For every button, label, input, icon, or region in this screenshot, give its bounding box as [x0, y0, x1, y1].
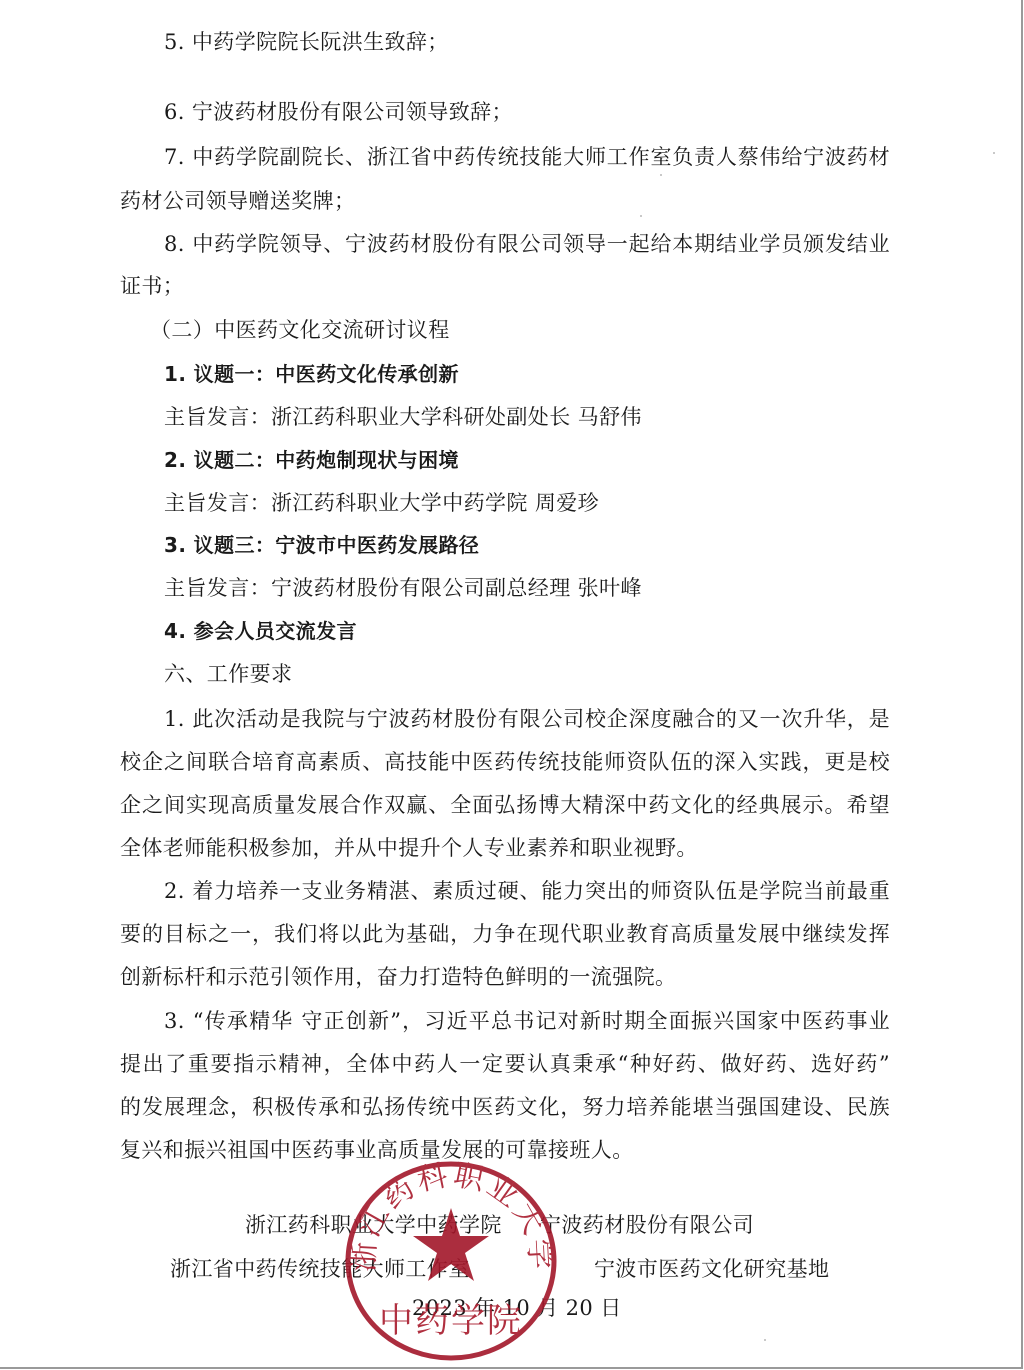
signature-date: 2023 年 10 月 20 日	[412, 1296, 622, 1320]
seminar-topic-1-title: 1. 议题一：中医药文化传承创新	[164, 362, 934, 386]
signature-org-1: 浙江药科职业大学中药学院	[245, 1213, 502, 1237]
seminar-topic-3-title: 3. 议题三：宁波市中医药发展路径	[164, 533, 934, 557]
requirement-2-line1: 2. 着力培养一支业务精湛、素质过硬、能力突出的师资队伍是学院当前最重	[164, 879, 890, 903]
requirement-1-line3: 企之间实现高质量发展合作双赢、全面弘扬博大精深中药文化的经典展示。希望	[120, 793, 890, 817]
ceremony-item-8-line2: 证书；	[120, 274, 890, 298]
requirement-1-line1: 1. 此次活动是我院与宁波药材股份有限公司校企深度融合的又一次升华，是	[164, 707, 890, 731]
requirement-1-line4: 全体老师能积极参加，并从中提升个人专业素养和职业视野。	[120, 836, 890, 860]
ceremony-item-8-line1: 8. 中药学院领导、宁波药材股份有限公司领导一起给本期结业学员颁发结业	[164, 232, 890, 256]
seminar-topic-1-speaker: 主旨发言：浙江药科职业大学科研处副处长 马舒伟	[164, 405, 934, 429]
requirement-3-line4: 复兴和振兴祖国中医药事业高质量发展的可靠接班人。	[120, 1138, 890, 1162]
requirement-1-line2: 校企之间联合培育高素质、高技能中医药传统技能师资队伍的深入实践，更是校	[120, 750, 890, 774]
signature-org-4: 宁波市医药文化研究基地	[594, 1257, 829, 1281]
ceremony-item-7-line2: 药材公司领导赠送奖牌；	[120, 189, 890, 213]
seminar-heading: （二）中医药文化交流研讨议程	[150, 318, 920, 342]
document-page: 5. 中药学院院长阮洪生致辞； 6. 宁波药材股份有限公司领导致辞； 7. 中药…	[0, 0, 1023, 1369]
ceremony-item-7-line1: 7. 中药学院副院长、浙江省中药传统技能大师工作室负责人蔡伟给宁波药材	[164, 145, 890, 169]
requirement-3-line2: 提出了重要指示精神，全体中药人一定要认真秉承“种好药、做好药、选好药”	[120, 1052, 890, 1076]
scan-speck	[993, 152, 995, 154]
requirement-3-line1: 3. “传承精华 守正创新”，习近平总书记对新时期全面振兴国家中医药事业	[164, 1009, 890, 1033]
requirement-3-line3: 的发展理念，积极传承和弘扬传统中医药文化，努力培养能堪当强国建设、民族	[120, 1095, 890, 1119]
ceremony-item-5: 5. 中药学院院长阮洪生致辞；	[164, 30, 934, 54]
seminar-topic-2-speaker: 主旨发言：浙江药科职业大学中药学院 周爱珍	[164, 491, 934, 515]
scan-speck	[764, 1339, 766, 1341]
signature-org-2: 宁波药材股份有限公司	[540, 1213, 754, 1237]
seminar-item-4: 4. 参会人员交流发言	[164, 619, 934, 643]
ceremony-item-6: 6. 宁波药材股份有限公司领导致辞；	[164, 100, 934, 124]
seminar-topic-2-title: 2. 议题二：中药炮制现状与困境	[164, 448, 934, 472]
scan-speck	[640, 215, 642, 217]
signature-org-3: 浙江省中药传统技能大师工作室	[170, 1257, 470, 1281]
requirement-2-line3: 创新标杆和示范引领作用，奋力打造特色鲜明的一流强院。	[120, 965, 890, 989]
seminar-topic-3-speaker: 主旨发言：宁波药材股份有限公司副总经理 张叶峰	[164, 576, 934, 600]
requirements-heading: 六、工作要求	[164, 662, 934, 686]
scan-speck	[660, 174, 662, 176]
requirement-2-line2: 要的目标之一，我们将以此为基础，力争在现代职业教育高质量发展中继续发挥	[120, 922, 890, 946]
